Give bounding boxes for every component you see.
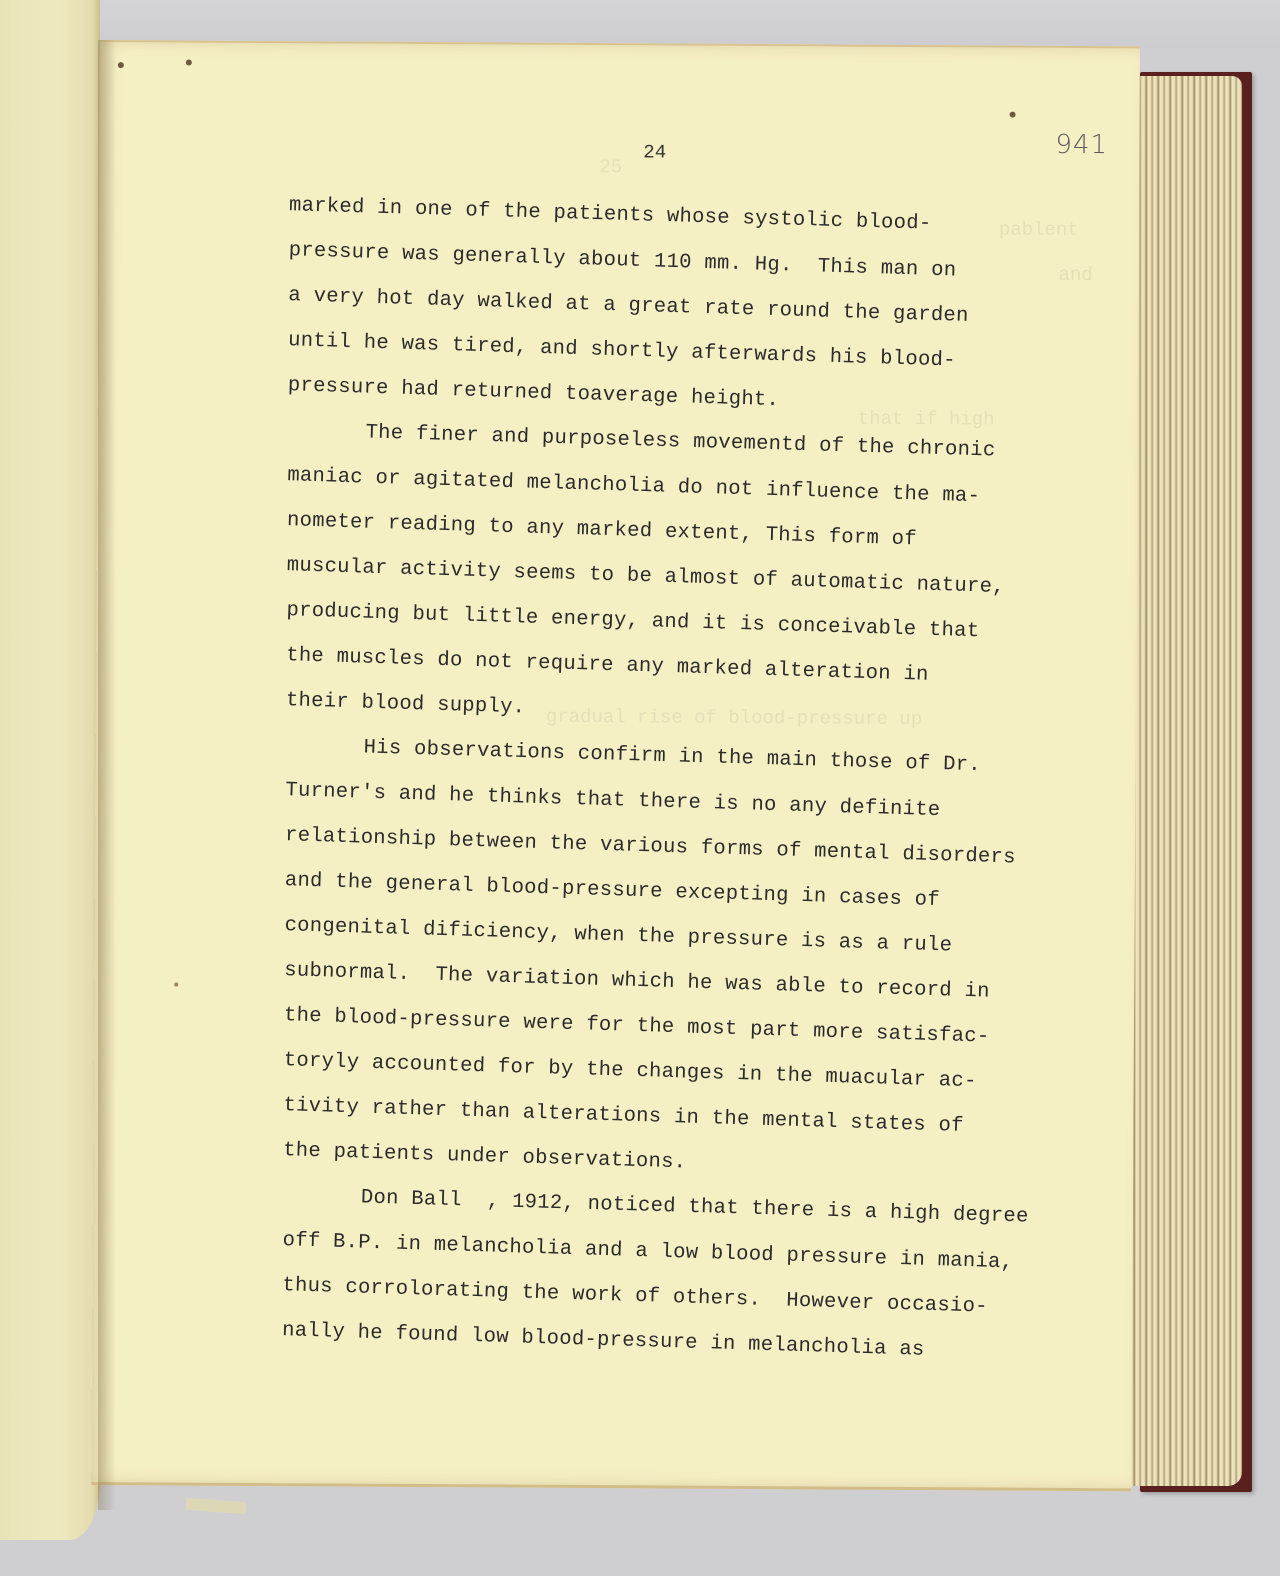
paper-tab [186,1498,247,1514]
left-page-curl [0,0,100,1540]
handwritten-folio-number: 941 [1055,130,1108,160]
stain-mark [174,982,178,986]
paragraph: His observations confirm in the main tho… [283,723,1046,1178]
paragraph: marked in one of the patients whose syst… [288,183,1049,413]
punch-hole [186,60,192,66]
paragraph: The finer and purposeless movementd of t… [286,408,1048,728]
punch-hole [1010,112,1016,118]
document-page: 24 941 25 pablent and that if high gradu… [91,40,1140,1491]
gutter-shadow [98,40,116,1510]
typewritten-body: marked in one of the patients whose syst… [282,183,1049,1358]
punch-hole [118,62,124,68]
paragraph: Don Ball , 1912, noticed that there is a… [282,1173,1043,1358]
page-number: 24 [643,141,666,163]
